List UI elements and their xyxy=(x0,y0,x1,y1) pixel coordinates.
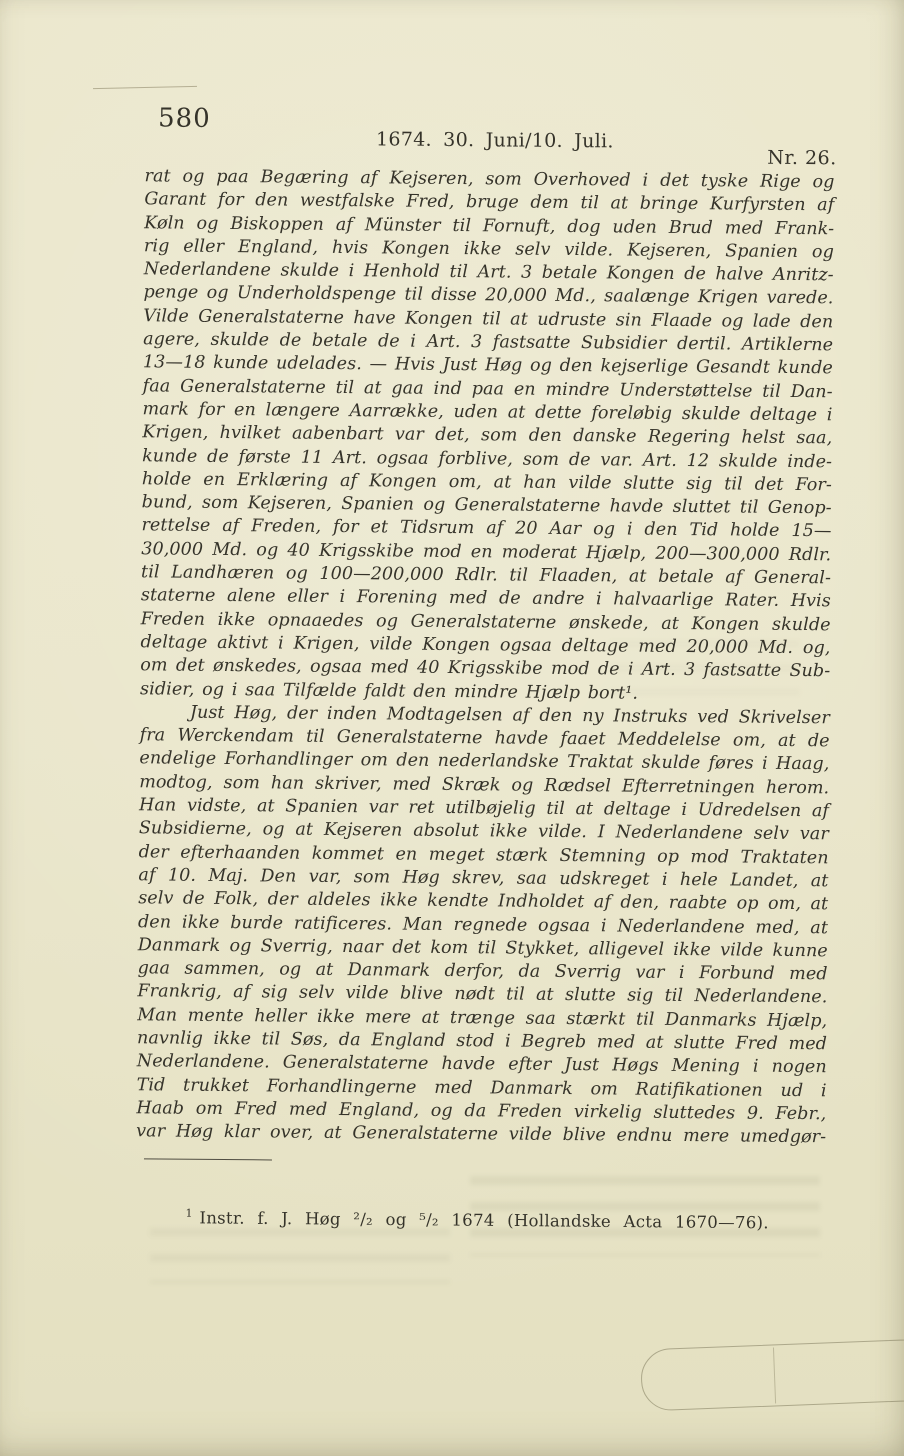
footnote-text: Instr. f. J. Høg ²/₂ og ⁵/₂ 1674 (Hollan… xyxy=(199,1208,769,1232)
footnote-marker: 1 xyxy=(185,1207,192,1220)
page-content: 580 1674. 30. Juni/10. Juli. Nr. 26. rat… xyxy=(0,0,904,1456)
book-page: 580 1674. 30. Juni/10. Juli. Nr. 26. rat… xyxy=(0,0,904,1456)
embossed-outline xyxy=(640,1336,904,1411)
footnote-separator xyxy=(144,1158,272,1160)
embossed-outline-divider xyxy=(773,1347,776,1403)
text-line: var Høg klar over, at Generalstaterne vi… xyxy=(136,1120,826,1149)
footnote: 1Instr. f. J. Høg ²/₂ og ⁵/₂ 1674 (Holla… xyxy=(135,1206,825,1233)
document-number: Nr. 26. xyxy=(145,141,837,169)
body-text: rat og paa Begæring af Kejseren, som Ove… xyxy=(136,165,835,1149)
